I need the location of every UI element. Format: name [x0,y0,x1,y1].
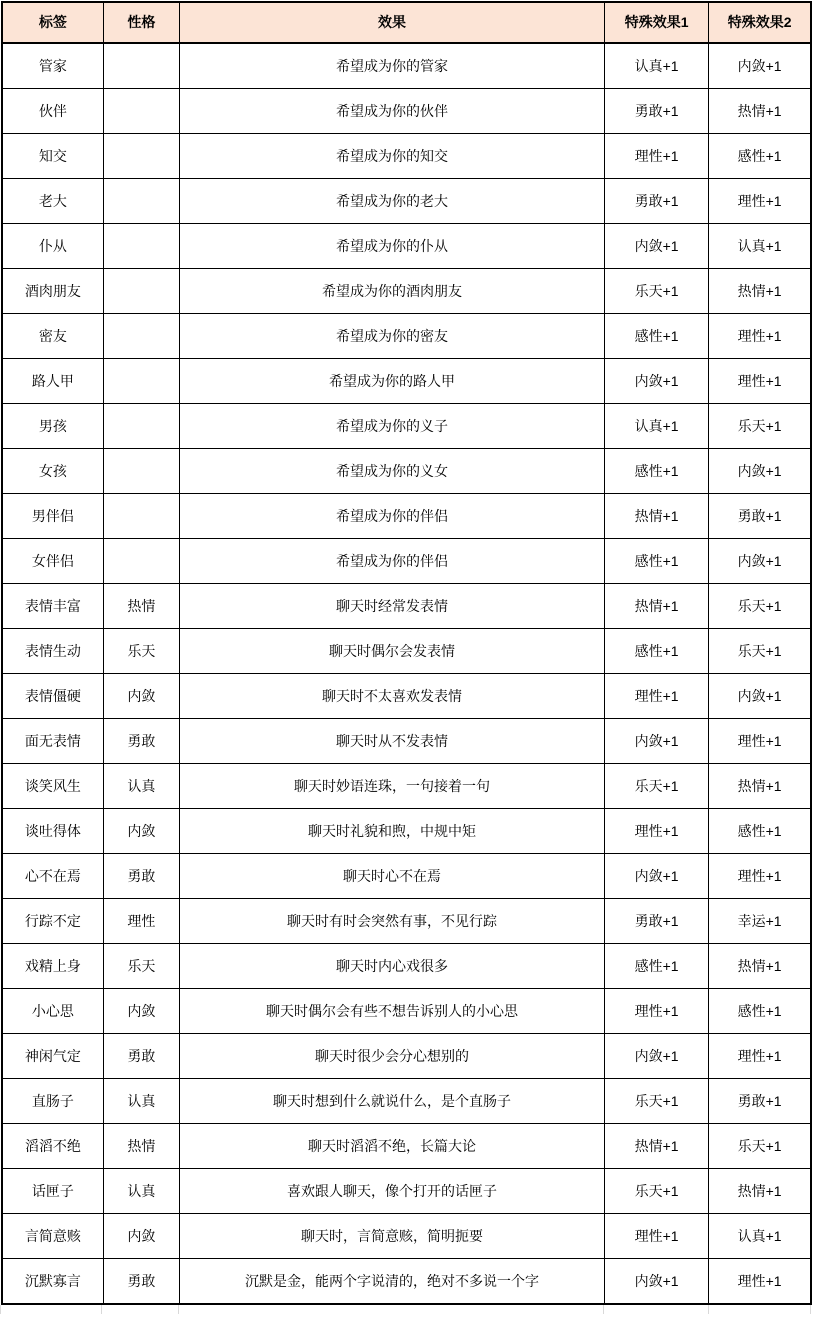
cell-effect: 希望成为你的路人甲 [179,359,604,404]
cell-effect: 希望成为你的义子 [179,404,604,449]
table-row: 行踪不定理性聊天时有时会突然有事，不见行踪勇敢+1幸运+1 [2,899,811,944]
cell-effect: 希望成为你的伴侣 [179,539,604,584]
table-row: 酒肉朋友希望成为你的酒肉朋友乐天+1热情+1 [2,269,811,314]
cell-special2: 理性+1 [709,179,811,224]
cell-special1: 乐天+1 [604,1079,708,1124]
cell-tag: 酒肉朋友 [2,269,103,314]
cell-special1: 乐天+1 [604,764,708,809]
cell-special2: 理性+1 [709,359,811,404]
table-row: 面无表情勇敢聊天时从不发表情内敛+1理性+1 [2,719,811,764]
cell-tag: 心不在焉 [2,854,103,899]
cell-special1: 感性+1 [604,449,708,494]
cell-special1: 理性+1 [604,1214,708,1259]
cell-special1: 理性+1 [604,989,708,1034]
cell-tag: 面无表情 [2,719,103,764]
gridline-cell [709,1305,811,1314]
gridline-cell [102,1305,179,1314]
cell-tag: 路人甲 [2,359,103,404]
cell-trait [103,494,179,539]
gridline-cell [179,1305,604,1314]
table-row: 密友希望成为你的密友感性+1理性+1 [2,314,811,359]
cell-special1: 勇敢+1 [604,89,708,134]
table-body: 管家希望成为你的管家认真+1内敛+1伙伴希望成为你的伙伴勇敢+1热情+1知交希望… [2,43,811,1304]
cell-tag: 戏精上身 [2,944,103,989]
table-row: 男伴侣希望成为你的伴侣热情+1勇敢+1 [2,494,811,539]
cell-special1: 理性+1 [604,674,708,719]
cell-effect: 聊天时从不发表情 [179,719,604,764]
cell-special1: 感性+1 [604,539,708,584]
cell-effect: 希望成为你的酒肉朋友 [179,269,604,314]
cell-tag: 知交 [2,134,103,179]
cell-special2: 理性+1 [709,314,811,359]
cell-trait [103,89,179,134]
cell-trait: 认真 [103,764,179,809]
cell-effect: 希望成为你的伴侣 [179,494,604,539]
cell-effect: 聊天时礼貌和煦，中规中矩 [179,809,604,854]
cell-trait: 热情 [103,584,179,629]
cell-trait: 内敛 [103,1214,179,1259]
table-row: 表情丰富热情聊天时经常发表情热情+1乐天+1 [2,584,811,629]
column-header-special2: 特殊效果2 [709,2,811,43]
cell-trait [103,449,179,494]
cell-effect: 聊天时偶尔会有些不想告诉别人的小心思 [179,989,604,1034]
cell-special2: 勇敢+1 [709,1079,811,1124]
cell-effect: 聊天时心不在焉 [179,854,604,899]
cell-tag: 言简意赅 [2,1214,103,1259]
spreadsheet-table-view: 标签性格效果特殊效果1特殊效果2 管家希望成为你的管家认真+1内敛+1伙伴希望成… [0,1,813,1314]
cell-trait: 理性 [103,899,179,944]
table-row: 老大希望成为你的老大勇敢+1理性+1 [2,179,811,224]
cell-effect: 聊天时偶尔会发表情 [179,629,604,674]
cell-tag: 直肠子 [2,1079,103,1124]
table-row: 神闲气定勇敢聊天时很少会分心想别的内敛+1理性+1 [2,1034,811,1079]
cell-special2: 认真+1 [709,224,811,269]
cell-trait [103,269,179,314]
cell-tag: 男伴侣 [2,494,103,539]
table-row: 谈笑风生认真聊天时妙语连珠，一句接着一句乐天+1热情+1 [2,764,811,809]
cell-effect: 希望成为你的密友 [179,314,604,359]
table-row: 男孩希望成为你的义子认真+1乐天+1 [2,404,811,449]
cell-tag: 小心思 [2,989,103,1034]
cell-special1: 乐天+1 [604,269,708,314]
cell-trait: 勇敢 [103,719,179,764]
cell-special2: 内敛+1 [709,539,811,584]
cell-trait: 勇敢 [103,1034,179,1079]
cell-trait: 内敛 [103,809,179,854]
table-row: 知交希望成为你的知交理性+1感性+1 [2,134,811,179]
cell-special1: 内敛+1 [604,1259,708,1305]
cell-effect: 希望成为你的伙伴 [179,89,604,134]
cell-special2: 理性+1 [709,719,811,764]
cell-special2: 理性+1 [709,1034,811,1079]
cell-special2: 幸运+1 [709,899,811,944]
cell-special2: 感性+1 [709,809,811,854]
cell-special2: 内敛+1 [709,43,811,89]
cell-special2: 热情+1 [709,944,811,989]
cell-trait [103,314,179,359]
cell-special1: 理性+1 [604,809,708,854]
cell-tag: 男孩 [2,404,103,449]
table-row: 谈吐得体内敛聊天时礼貌和煦，中规中矩理性+1感性+1 [2,809,811,854]
cell-trait: 认真 [103,1079,179,1124]
cell-special2: 勇敢+1 [709,494,811,539]
cell-trait [103,179,179,224]
cell-special2: 理性+1 [709,1259,811,1305]
cell-tag: 话匣子 [2,1169,103,1214]
cell-special1: 热情+1 [604,1124,708,1169]
cell-special2: 热情+1 [709,1169,811,1214]
cell-trait: 热情 [103,1124,179,1169]
cell-special1: 理性+1 [604,134,708,179]
cell-special1: 乐天+1 [604,1169,708,1214]
column-header-trait: 性格 [103,2,179,43]
cell-effect: 聊天时，言简意赅，简明扼要 [179,1214,604,1259]
cell-tag: 表情生动 [2,629,103,674]
cell-special1: 感性+1 [604,629,708,674]
cell-effect: 聊天时妙语连珠，一句接着一句 [179,764,604,809]
cell-effect: 聊天时很少会分心想别的 [179,1034,604,1079]
cell-special2: 热情+1 [709,764,811,809]
table-row: 沉默寡言勇敢沉默是金，能两个字说清的，绝对不多说一个字内敛+1理性+1 [2,1259,811,1305]
cell-special1: 内敛+1 [604,359,708,404]
gridline-cell [604,1305,709,1314]
cell-tag: 女孩 [2,449,103,494]
cell-tag: 神闲气定 [2,1034,103,1079]
cell-special2: 乐天+1 [709,629,811,674]
cell-trait [103,43,179,89]
column-header-special1: 特殊效果1 [604,2,708,43]
gridline-cell [0,1305,102,1314]
cell-special2: 理性+1 [709,854,811,899]
cell-effect: 聊天时内心戏很多 [179,944,604,989]
cell-tag: 表情僵硬 [2,674,103,719]
cell-effect: 聊天时有时会突然有事，不见行踪 [179,899,604,944]
cell-effect: 聊天时滔滔不绝，长篇大论 [179,1124,604,1169]
cell-special1: 感性+1 [604,314,708,359]
cell-effect: 沉默是金，能两个字说清的，绝对不多说一个字 [179,1259,604,1305]
cell-tag: 密友 [2,314,103,359]
cell-trait [103,224,179,269]
cell-trait: 内敛 [103,674,179,719]
cell-special1: 热情+1 [604,584,708,629]
cell-trait [103,404,179,449]
cell-tag: 表情丰富 [2,584,103,629]
cell-tag: 沉默寡言 [2,1259,103,1305]
table-row: 戏精上身乐天聊天时内心戏很多感性+1热情+1 [2,944,811,989]
cell-tag: 伙伴 [2,89,103,134]
cell-tag: 管家 [2,43,103,89]
cell-special2: 热情+1 [709,269,811,314]
table-row: 直肠子认真聊天时想到什么就说什么，是个直肠子乐天+1勇敢+1 [2,1079,811,1124]
table-row: 心不在焉勇敢聊天时心不在焉内敛+1理性+1 [2,854,811,899]
column-header-effect: 效果 [179,2,604,43]
cell-tag: 女伴侣 [2,539,103,584]
cell-special2: 乐天+1 [709,1124,811,1169]
cell-trait: 勇敢 [103,1259,179,1305]
table-row: 路人甲希望成为你的路人甲内敛+1理性+1 [2,359,811,404]
table-row: 女伴侣希望成为你的伴侣感性+1内敛+1 [2,539,811,584]
cell-special1: 认真+1 [604,404,708,449]
cell-trait: 乐天 [103,944,179,989]
cell-special1: 认真+1 [604,43,708,89]
cell-trait [103,539,179,584]
cell-tag: 滔滔不绝 [2,1124,103,1169]
tag-effects-table: 标签性格效果特殊效果1特殊效果2 管家希望成为你的管家认真+1内敛+1伙伴希望成… [1,1,812,1305]
cell-special2: 感性+1 [709,134,811,179]
table-row: 表情生动乐天聊天时偶尔会发表情感性+1乐天+1 [2,629,811,674]
cell-special2: 感性+1 [709,989,811,1034]
cell-tag: 谈笑风生 [2,764,103,809]
cell-special1: 勇敢+1 [604,179,708,224]
cell-trait: 乐天 [103,629,179,674]
cell-trait: 认真 [103,1169,179,1214]
cell-special2: 热情+1 [709,89,811,134]
table-row: 仆从希望成为你的仆从内敛+1认真+1 [2,224,811,269]
cell-trait [103,359,179,404]
cell-effect: 希望成为你的义女 [179,449,604,494]
column-header-tag: 标签 [2,2,103,43]
cell-effect: 聊天时经常发表情 [179,584,604,629]
cell-special1: 内敛+1 [604,1034,708,1079]
cell-special1: 感性+1 [604,944,708,989]
cell-special1: 内敛+1 [604,224,708,269]
table-row: 女孩希望成为你的义女感性+1内敛+1 [2,449,811,494]
table-row: 伙伴希望成为你的伙伴勇敢+1热情+1 [2,89,811,134]
cell-effect: 聊天时不太喜欢发表情 [179,674,604,719]
cell-trait: 内敛 [103,989,179,1034]
cell-tag: 仆从 [2,224,103,269]
cell-special2: 乐天+1 [709,404,811,449]
table-row: 话匣子认真喜欢跟人聊天，像个打开的话匣子乐天+1热情+1 [2,1169,811,1214]
cell-effect: 希望成为你的老大 [179,179,604,224]
table-row: 表情僵硬内敛聊天时不太喜欢发表情理性+1内敛+1 [2,674,811,719]
table-row: 言简意赅内敛聊天时，言简意赅，简明扼要理性+1认真+1 [2,1214,811,1259]
cell-effect: 希望成为你的仆从 [179,224,604,269]
cell-special2: 乐天+1 [709,584,811,629]
cell-trait: 勇敢 [103,854,179,899]
table-row: 小心思内敛聊天时偶尔会有些不想告诉别人的小心思理性+1感性+1 [2,989,811,1034]
cell-special1: 内敛+1 [604,854,708,899]
cell-tag: 老大 [2,179,103,224]
cell-special2: 内敛+1 [709,449,811,494]
cell-effect: 聊天时想到什么就说什么，是个直肠子 [179,1079,604,1124]
cell-special2: 内敛+1 [709,674,811,719]
cell-effect: 喜欢跟人聊天，像个打开的话匣子 [179,1169,604,1214]
cell-special1: 勇敢+1 [604,899,708,944]
header-row: 标签性格效果特殊效果1特殊效果2 [2,2,811,43]
cell-effect: 希望成为你的管家 [179,43,604,89]
cell-trait [103,134,179,179]
cell-effect: 希望成为你的知交 [179,134,604,179]
table-row: 滔滔不绝热情聊天时滔滔不绝，长篇大论热情+1乐天+1 [2,1124,811,1169]
cell-special1: 内敛+1 [604,719,708,764]
table-row: 管家希望成为你的管家认真+1内敛+1 [2,43,811,89]
cell-tag: 行踪不定 [2,899,103,944]
cell-special2: 认真+1 [709,1214,811,1259]
cutoff-gridline-row [0,1305,813,1314]
table-header: 标签性格效果特殊效果1特殊效果2 [2,2,811,43]
cell-special1: 热情+1 [604,494,708,539]
cell-tag: 谈吐得体 [2,809,103,854]
